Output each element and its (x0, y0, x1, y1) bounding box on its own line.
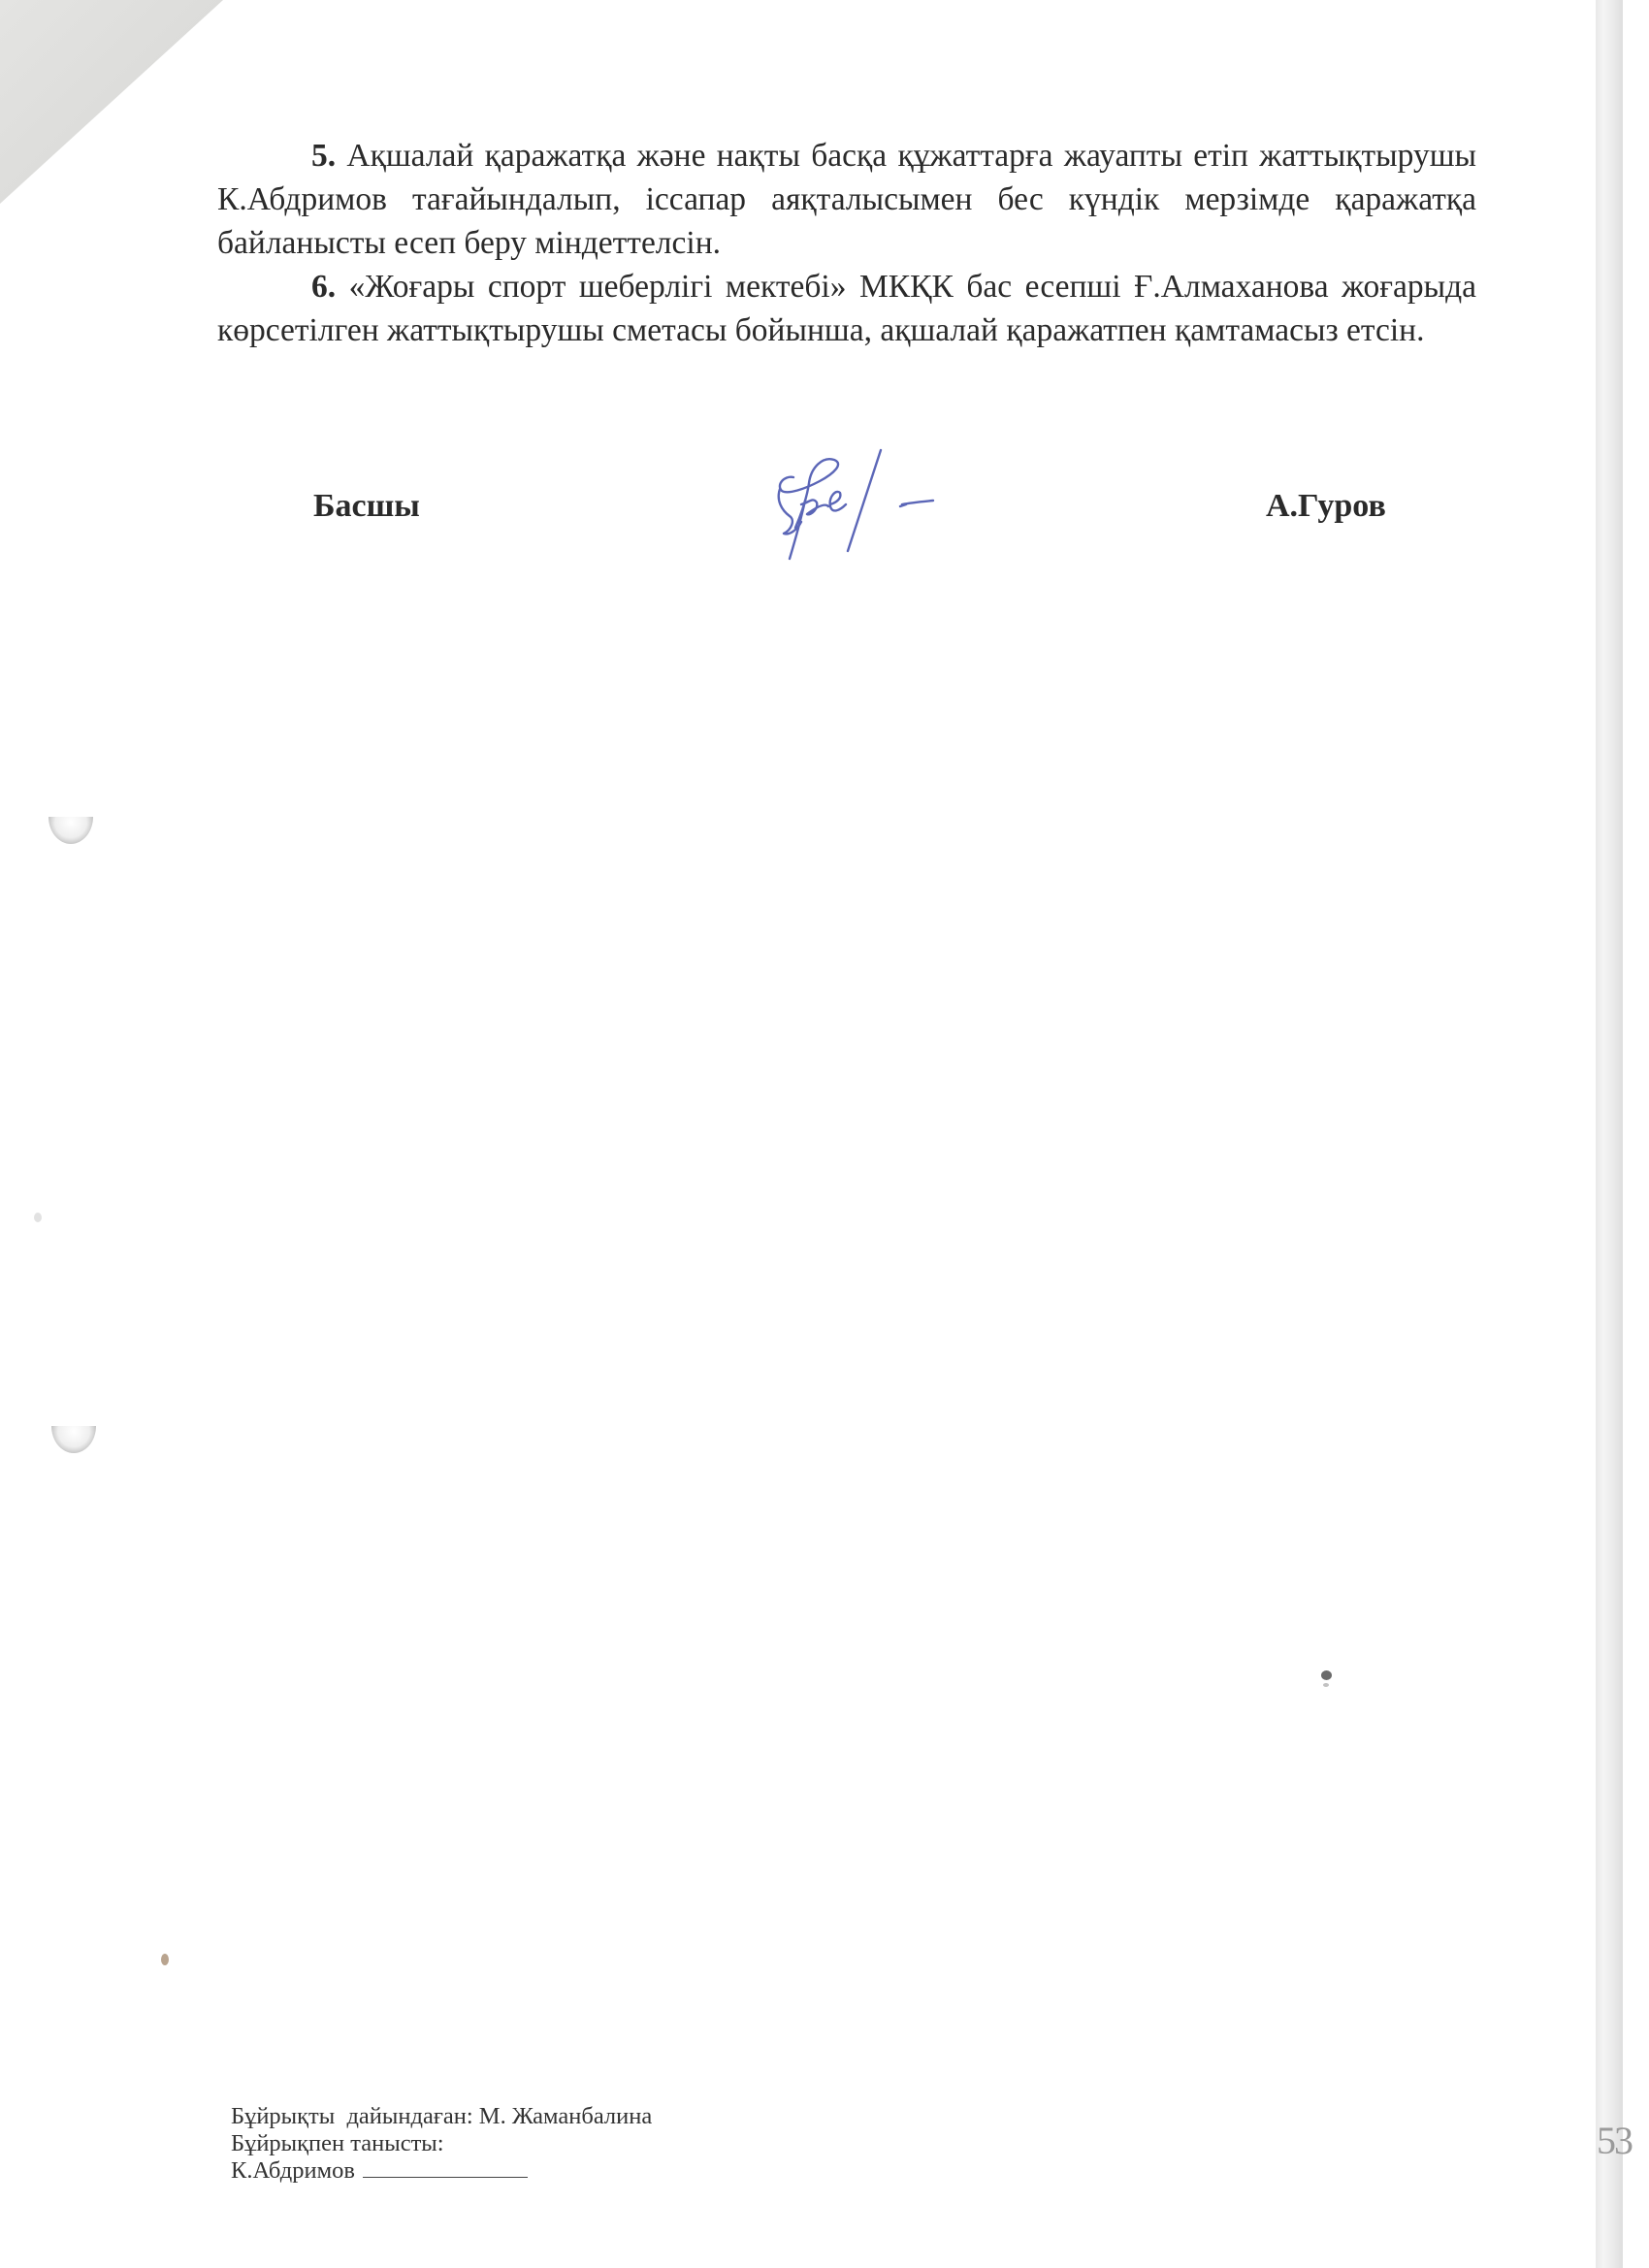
acknowledged-person-name: К.Абдримов (231, 2157, 355, 2184)
punch-hole-mark (48, 817, 93, 844)
page-edge-strip (1596, 0, 1623, 2268)
paragraph-text: Ақшалай қаражатқа және нақты басқа құжат… (217, 138, 1476, 261)
scan-speck (34, 1213, 42, 1222)
signatory-name: А.Гуров (1266, 488, 1386, 525)
folded-corner (0, 0, 223, 204)
signature-blank-line (363, 2157, 528, 2178)
paragraph-number: 5. (311, 138, 336, 174)
paragraph-text: «Жоғары спорт шеберлігі мектебі» МКҚК ба… (217, 269, 1476, 348)
paragraph-number: 6. (311, 269, 336, 305)
scan-speck (1321, 1670, 1332, 1680)
page-number: 53 (1597, 2118, 1632, 2163)
signatory-title: Басшы (313, 488, 420, 525)
handwritten-signature-icon (766, 446, 960, 563)
paragraph-5: 5. Ақшалай қаражатқа және нақты басқа құ… (217, 134, 1476, 265)
scan-speck (1323, 1683, 1329, 1687)
scan-speck (161, 1954, 169, 1965)
document-body: 5. Ақшалай қаражатқа және нақты басқа құ… (217, 134, 1476, 352)
acknowledged-person-line: К.Абдримов (231, 2157, 652, 2185)
punch-hole-mark (51, 1426, 96, 1453)
page-edge-margin (1623, 0, 1649, 2268)
prepared-by-line: Бұйрықты дайындаған: М. Жаманбалина (231, 2103, 652, 2130)
document-footer: Бұйрықты дайындаған: М. Жаманбалина Бұйр… (231, 2103, 652, 2185)
paragraph-6: 6. «Жоғары спорт шеберлігі мектебі» МКҚК… (217, 265, 1476, 352)
acknowledged-label: Бұйрықпен танысты: (231, 2130, 652, 2157)
